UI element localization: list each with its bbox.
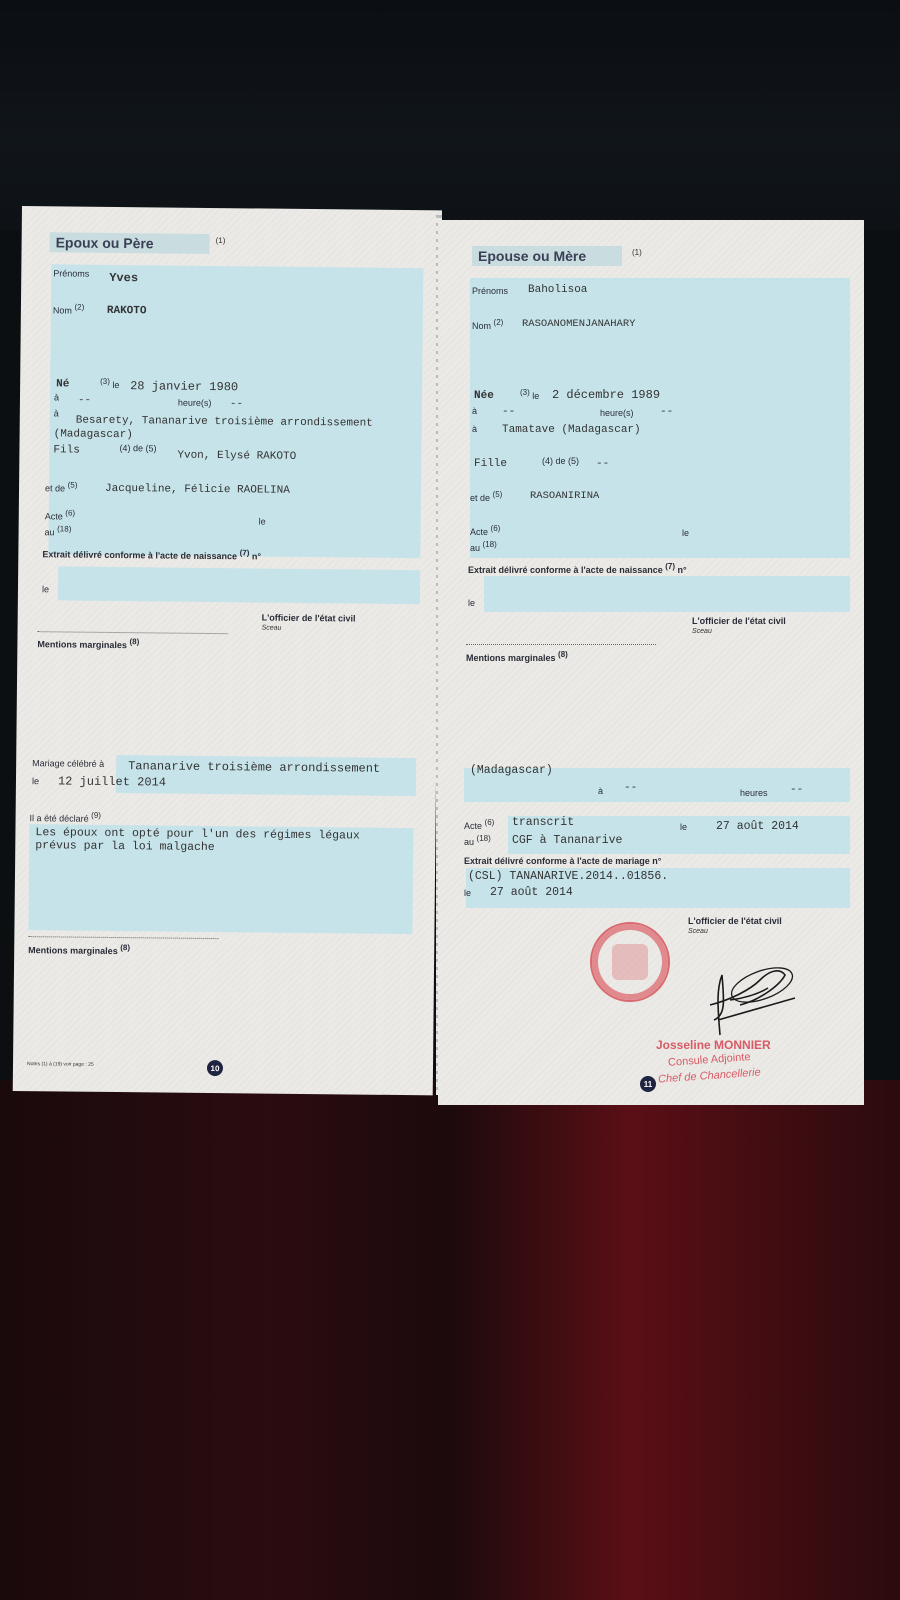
- prenoms-value: Yves: [109, 271, 138, 285]
- signature-icon: [700, 960, 810, 1040]
- au-label: au (18): [470, 540, 497, 553]
- signatory-title-2: Chef de Chancellerie: [658, 1066, 761, 1085]
- mentions-label: Mentions marginales (8): [37, 636, 139, 650]
- extrait-field: [484, 576, 850, 612]
- mariage-a-label: à: [598, 786, 603, 796]
- heading-epouse: Epouse ou Mère: [472, 246, 622, 266]
- au-label: au (18): [45, 524, 72, 537]
- fils-label: Fils: [53, 444, 80, 456]
- fille-label: Fille: [474, 458, 507, 470]
- de-note: (4) de (5): [119, 443, 156, 453]
- divider: [466, 644, 656, 645]
- nom-value: RASOANOMENJANAHARY: [522, 318, 635, 330]
- acte-label: Acte (6): [470, 524, 500, 537]
- acte2-label: Acte (6): [464, 818, 494, 831]
- prenoms-value: Baholisoa: [528, 284, 587, 296]
- mariage-place: Tananarive troisième arrondissement: [128, 759, 380, 776]
- mariage-place-cont: (Madagascar): [470, 764, 553, 777]
- et-de-label: et de (5): [45, 480, 77, 493]
- birth-date: 28 janvier 1980: [130, 379, 238, 394]
- mentions-label-2: Mentions marginales (8): [28, 942, 130, 956]
- birth-place-line2: (Madagascar): [54, 428, 133, 441]
- acte2-date: 27 août 2014: [716, 820, 799, 833]
- extrait-mariage-le-label: le: [464, 888, 471, 898]
- father-name: Yvon, Elysé RAKOTO: [177, 450, 296, 463]
- identity-field-area: [48, 264, 423, 558]
- page-number-10: 10: [207, 1060, 223, 1076]
- extrait-mariage-number: (CSL) TANANARIVE.2014..01856.: [468, 870, 668, 883]
- sceau-label: Sceau: [262, 625, 282, 632]
- heures-value: --: [660, 406, 673, 418]
- a-label: à: [54, 392, 59, 402]
- ne-note: (3) le: [100, 377, 119, 390]
- extrait-mariage-date: 27 août 2014: [490, 886, 573, 899]
- sceau-label-2: Sceau: [688, 928, 708, 935]
- mentions-label: Mentions marginales (8): [466, 650, 568, 663]
- acte2-value: transcrit: [512, 816, 574, 829]
- heures-label: heure(s): [178, 398, 212, 408]
- right-page-epouse: Epouse ou Mère (1) Prénoms Baholisoa Nom…: [438, 220, 864, 1105]
- extrait-naissance-label: Extrait délivré conforme à l'acte de nai…: [468, 562, 687, 575]
- father-name: --: [596, 458, 609, 470]
- extrait-naissance-label: Extrait délivré conforme à l'acte de nai…: [42, 546, 261, 561]
- au2-value: CGF à Tananarive: [512, 834, 622, 847]
- au2-label: au (18): [464, 834, 491, 847]
- signatory-title-1: Consule Adjointe: [668, 1051, 751, 1069]
- extrait-le-label: le: [468, 598, 475, 608]
- acte-label: Acte (6): [45, 508, 75, 521]
- birth-date: 2 décembre 1989: [552, 388, 660, 402]
- declare-line2: prévus par la loi malgache: [35, 839, 215, 854]
- officier-label-2: L'officier de l'état civil: [688, 916, 782, 926]
- mariage-heures-value: --: [790, 784, 803, 796]
- consulate-seal-stamp-icon: [590, 922, 670, 1002]
- a-label: à: [472, 406, 477, 416]
- ne-label: Né: [56, 378, 69, 390]
- a2-label: à: [472, 424, 477, 434]
- nom-value: RAKOTO: [107, 305, 147, 317]
- divider-2: [28, 936, 218, 939]
- sceau-label: Sceau: [692, 628, 712, 635]
- mariage-le-label: le: [32, 776, 39, 786]
- nom-label: Nom (2): [53, 302, 84, 315]
- et-de-label: et de (5): [470, 490, 502, 503]
- heading-note: (1): [216, 236, 226, 245]
- carpet-background: [0, 1080, 900, 1600]
- dark-background: [0, 0, 900, 230]
- extrait-le-label: le: [42, 584, 49, 594]
- mariage-label: Mariage célébré à: [32, 758, 104, 769]
- page-number-11: 11: [640, 1076, 656, 1092]
- nee-note: (3) le: [520, 388, 539, 401]
- prenoms-label: Prénoms: [472, 286, 508, 296]
- prenoms-label: Prénoms: [53, 268, 89, 278]
- acte2-le-label: le: [680, 822, 687, 832]
- nom-label: Nom (2): [472, 318, 503, 331]
- nee-label: Née: [474, 390, 494, 402]
- left-page-epoux: Epoux ou Père (1) Prénoms Yves Nom (2) R…: [13, 206, 442, 1095]
- acte-le-label: le: [682, 528, 689, 538]
- heading-note: (1): [632, 248, 642, 257]
- mariage-a-value: --: [624, 782, 637, 794]
- mariage-date: 12 juillet 2014: [58, 774, 166, 789]
- a2-label: à: [54, 408, 59, 418]
- heading-epoux: Epoux ou Père: [50, 232, 210, 254]
- extrait-mariage-label: Extrait délivré conforme à l'acte de mar…: [464, 856, 661, 866]
- birth-place: Tamatave (Madagascar): [502, 424, 641, 436]
- divider: [38, 631, 228, 634]
- de-note: (4) de (5): [542, 456, 579, 466]
- heures-label: heure(s): [600, 408, 634, 418]
- officier-label: L'officier de l'état civil: [262, 613, 356, 624]
- officier-label: L'officier de l'état civil: [692, 616, 786, 626]
- declare-label: Il a été déclaré (9): [30, 810, 101, 824]
- acte-le-label: le: [259, 516, 266, 526]
- a-value: --: [502, 406, 515, 418]
- heures-value: --: [230, 398, 243, 410]
- mother-name: RASOANIRINA: [530, 490, 599, 502]
- footer-note: Notes (1) à (19) voir page : 25: [27, 1061, 94, 1068]
- signatory-name: Josseline MONNIER: [656, 1038, 771, 1052]
- extrait-field: [58, 566, 420, 604]
- a-value: --: [78, 395, 91, 407]
- mother-name: Jacqueline, Félicie RAOELINA: [105, 483, 290, 497]
- mariage-heures-label: heures: [740, 788, 768, 798]
